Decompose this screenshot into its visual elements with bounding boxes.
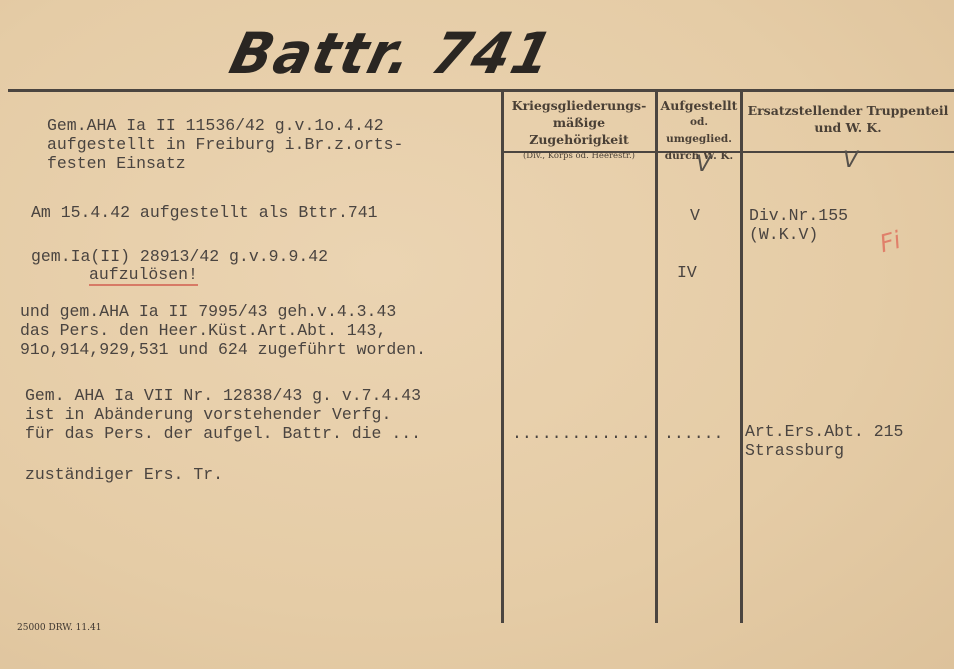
wk-value-1: V (690, 206, 700, 225)
truppenteil-value-1: Div.Nr.155 (W.K.V) (749, 206, 848, 244)
column-divider-3 (740, 91, 743, 623)
wk-value-2: IV (677, 263, 697, 282)
column-divider-1 (501, 91, 504, 623)
column-divider-2 (655, 91, 658, 623)
checkmark-col2: V (696, 152, 711, 177)
entry-dissolution-order: gem.Ia(II) 28913/42 g.v.9.9.42 (31, 247, 328, 266)
card-title: Battr. 741 (224, 20, 561, 86)
header-ersatz-truppenteil: Ersatzstellender Truppenteil und W. K. (744, 102, 952, 136)
print-code: 25000 DRW. 11.41 (17, 623, 101, 633)
entry-formation: Gem.AHA Ia II 11536/42 g.v.1o.4.42 aufge… (47, 116, 403, 173)
dissolve-text: aufzulösen! (89, 265, 198, 286)
dot-leader-col1: .............. (512, 424, 651, 443)
checkmark-col3: V (843, 148, 858, 173)
entry-dissolve: aufzulösen! (89, 265, 198, 284)
entry-amendment: Gem. AHA Ia VII Nr. 12838/43 g. v.7.4.43… (25, 386, 421, 443)
top-rule (8, 89, 954, 92)
index-card: Battr. 741 Kriegsgliederungs- mäßige Zug… (0, 0, 954, 669)
entry-replacement: zuständiger Ers. Tr. (25, 465, 223, 484)
header-kriegsgliederung: Kriegsgliederungs- mäßige Zugehörigkeit … (505, 97, 653, 165)
dot-leader-col2: ...... (664, 424, 723, 443)
truppenteil-value-2: Art.Ers.Abt. 215 Strassburg (745, 422, 903, 460)
entry-established: Am 15.4.42 aufgestellt als Bttr.741 (31, 203, 378, 222)
red-initial-mark: Fi (877, 226, 904, 258)
entry-personnel-transfer: und gem.AHA Ia II 7995/43 geh.v.4.3.43 d… (20, 302, 426, 359)
